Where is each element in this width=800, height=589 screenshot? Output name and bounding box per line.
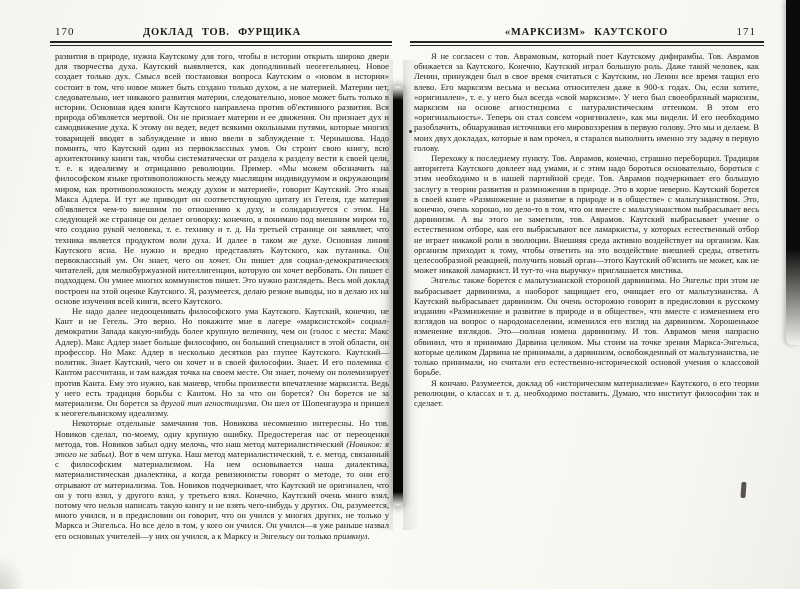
book-spread: 170 ДОКЛАД ТОВ. ФУРЩИКА развития в приро… [0, 0, 800, 589]
scan-speck [0, 555, 26, 589]
running-head-right: «МАРКСИЗМ» КАУТСКОГО [414, 27, 759, 38]
header-rule-left [50, 41, 392, 46]
paragraph: Я кончаю. Разумеется, доклад об «историч… [414, 378, 759, 409]
paragraph: Некоторые отдельные замечания тов. Новик… [55, 418, 389, 540]
book-gutter-shadow [393, 86, 403, 506]
scan-edge [786, 0, 800, 345]
gutter-shade [377, 60, 393, 530]
paragraph: Энгельс также борется с мальтузианской с… [414, 275, 759, 377]
right-page-body: Я не согласен с тов. Аврамовым, который … [414, 51, 759, 408]
left-page-body: развития в природе, нужна Каутскому для … [55, 51, 389, 541]
paragraph: Перехожу к последнему пункту. Тов. Аврам… [414, 153, 759, 275]
running-head-left: ДОКЛАД ТОВ. ФУРЩИКА [55, 27, 389, 38]
paragraph: Я не согласен с тов. Аврамовым, который … [414, 51, 759, 153]
right-page: 171 «МАРКСИЗМ» КАУТСКОГО Я не согласен с… [404, 0, 800, 589]
paragraph: развития в природе, нужна Каутскому для … [55, 51, 389, 306]
scan-speck [409, 130, 412, 133]
left-page: 170 ДОКЛАД ТОВ. ФУРЩИКА развития в приро… [0, 0, 396, 589]
header-rule-right [410, 41, 764, 46]
paragraph: Не надо далее недооценивать философского… [55, 306, 389, 418]
